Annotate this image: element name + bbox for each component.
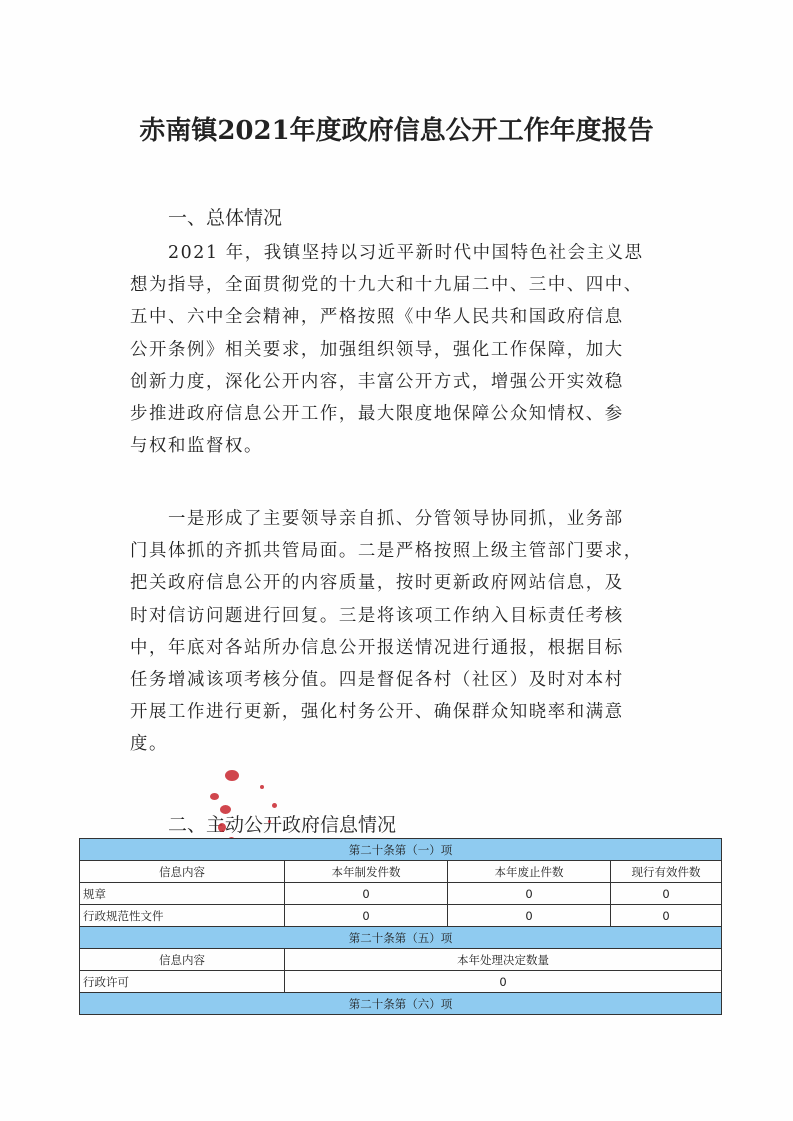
- document-page: 赤南镇2021年度政府信息公开工作年度报告 一、总体情况 2021 年，我镇坚持…: [0, 0, 793, 1121]
- column-header: 信息内容: [80, 949, 285, 971]
- table-cell: 0: [611, 905, 722, 927]
- text-line: 把关政府信息公开的内容质量，按时更新政府网站信息，及: [130, 567, 690, 599]
- text-line: 2021 年，我镇坚持以习近平新时代中国特色社会主义思: [130, 237, 690, 269]
- section-heading-overview: 一、总体情况: [168, 203, 282, 230]
- text-line: 一是形成了主要领导亲自抓、分管领导协同抓，业务部: [130, 503, 690, 535]
- column-header: 本年制发件数: [285, 861, 448, 883]
- table-section-band: 第二十条第（一）项: [80, 839, 722, 861]
- column-header: 本年处理决定数量: [285, 949, 722, 971]
- text-line: 门具体抓的齐抓共管局面。二是严格按照上级主管部门要求，: [130, 535, 690, 567]
- table-row: 行政许可 0: [80, 971, 722, 993]
- section-heading-proactive-disclosure: 二、主动公开政府信息情况: [168, 810, 396, 837]
- table-header-row: 信息内容 本年处理决定数量: [80, 949, 722, 971]
- table-cell: 0: [448, 883, 611, 905]
- disclosure-table: 第二十条第（一）项 信息内容 本年制发件数 本年废止件数 现行有效件数 规章 0…: [79, 838, 722, 1015]
- table-section-band: 第二十条第（五）项: [80, 927, 722, 949]
- table-cell: 0: [448, 905, 611, 927]
- document-title: 赤南镇2021年度政府信息公开工作年度报告: [0, 110, 793, 147]
- text-line: 步推进政府信息公开工作，最大限度地保障公众知情权、参: [130, 398, 690, 430]
- table-header-row: 信息内容 本年制发件数 本年废止件数 现行有效件数: [80, 861, 722, 883]
- text-line: 任务增减该项考核分值。四是督促各村（社区）及时对本村: [130, 664, 690, 696]
- column-header: 信息内容: [80, 861, 285, 883]
- text-line: 想为指导，全面贯彻党的十九大和十九届二中、三中、四中、: [130, 269, 690, 301]
- table-cell: 规章: [80, 883, 285, 905]
- text-line: 时对信访问题进行回复。三是将该项工作纳入目标责任考核: [130, 600, 690, 632]
- text-line: 度。: [130, 728, 690, 760]
- table-cell: 行政规范性文件: [80, 905, 285, 927]
- text-line: 公开条例》相关要求，加强组织领导，强化工作保障，加大: [130, 334, 690, 366]
- column-header: 本年废止件数: [448, 861, 611, 883]
- table-section-band: 第二十条第（六）项: [80, 993, 722, 1015]
- text-line: 与权和监督权。: [130, 430, 690, 462]
- table-cell: 0: [285, 971, 722, 993]
- text-line: 中，年底对各站所办信息公开报送情况进行通报，根据目标: [130, 632, 690, 664]
- table-cell: 0: [285, 883, 448, 905]
- table-cell: 0: [611, 883, 722, 905]
- section-title: 第二十条第（六）项: [80, 993, 722, 1015]
- section-title: 第二十条第（五）项: [80, 927, 722, 949]
- section-title: 第二十条第（一）项: [80, 839, 722, 861]
- column-header: 现行有效件数: [611, 861, 722, 883]
- text-line: 开展工作进行更新，强化村务公开、确保群众知晓率和满意: [130, 696, 690, 728]
- table-cell: 行政许可: [80, 971, 285, 993]
- table-row: 行政规范性文件 0 0 0: [80, 905, 722, 927]
- text-line: 五中、六中全会精神，严格按照《中华人民共和国政府信息: [130, 301, 690, 333]
- paragraph-overview-2: 一是形成了主要领导亲自抓、分管领导协同抓，业务部 门具体抓的齐抓共管局面。二是严…: [130, 503, 690, 761]
- text-line: 创新力度，深化公开内容，丰富公开方式，增强公开实效稳: [130, 366, 690, 398]
- table-row: 规章 0 0 0: [80, 883, 722, 905]
- paragraph-overview-1: 2021 年，我镇坚持以习近平新时代中国特色社会主义思 想为指导，全面贯彻党的十…: [130, 237, 690, 462]
- table-cell: 0: [285, 905, 448, 927]
